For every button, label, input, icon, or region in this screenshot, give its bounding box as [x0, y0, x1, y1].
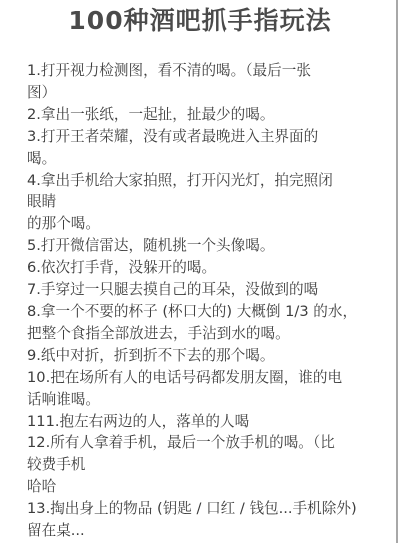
text-line: 3.打开王者荣耀，没有或者最晚进入主界面的 — [27, 126, 372, 148]
text-line: 5.打开微信雷达，随机挑一个头像喝。 — [27, 235, 372, 257]
text-line: 9.纸中对折，折到折不下去的那个喝。 — [27, 345, 372, 367]
text-line: 1.打开视力检测图，看不清的喝。（最后一张 — [27, 60, 372, 82]
text-line: 较费手机 — [27, 454, 372, 476]
text-line: 12.所有人拿着手机，最后一个放手机的喝。（比 — [27, 432, 372, 454]
text-line: 话响谁喝。 — [27, 389, 372, 411]
text-line: 111.抱左右两边的人，落单的人喝 — [27, 411, 372, 433]
text-line: 7.手穿过一只腿去摸自己的耳朵，没做到的喝 — [27, 279, 372, 301]
text-line: 6.依次打手背，没躲开的喝。 — [27, 257, 372, 279]
text-line-cut-off: 留在桌... — [27, 520, 372, 542]
document-body: 1.打开视力检测图，看不清的喝。（最后一张 图） 2.拿出一张纸，一起扯，扯最少… — [27, 60, 372, 542]
text-line: 13.掏出身上的物品 (钥匙 / 口红 / 钱包...手机除外) — [27, 498, 372, 520]
document-title: 100种酒吧抓手指玩法 — [0, 4, 400, 38]
text-line: 哈哈 — [27, 476, 372, 498]
page-edge-divider — [396, 0, 398, 543]
text-line: 8.拿一个不要的杯子 (杯口大的) 大概倒 1/3 的水， — [27, 301, 372, 323]
text-line: 4.拿出手机给大家拍照，打开闪光灯，拍完照闭 — [27, 170, 372, 192]
text-line: 10.把在场所有人的电话号码都发朋友圈，谁的电 — [27, 367, 372, 389]
text-line: 2.拿出一张纸，一起扯，扯最少的喝。 — [27, 104, 372, 126]
text-line: 图） — [27, 82, 372, 104]
text-line: 把整个食指全部放进去，手沾到水的喝。 — [27, 323, 372, 345]
text-line: 喝。 — [27, 148, 372, 170]
text-line: 眼睛 — [27, 191, 372, 213]
text-line: 的那个喝。 — [27, 213, 372, 235]
